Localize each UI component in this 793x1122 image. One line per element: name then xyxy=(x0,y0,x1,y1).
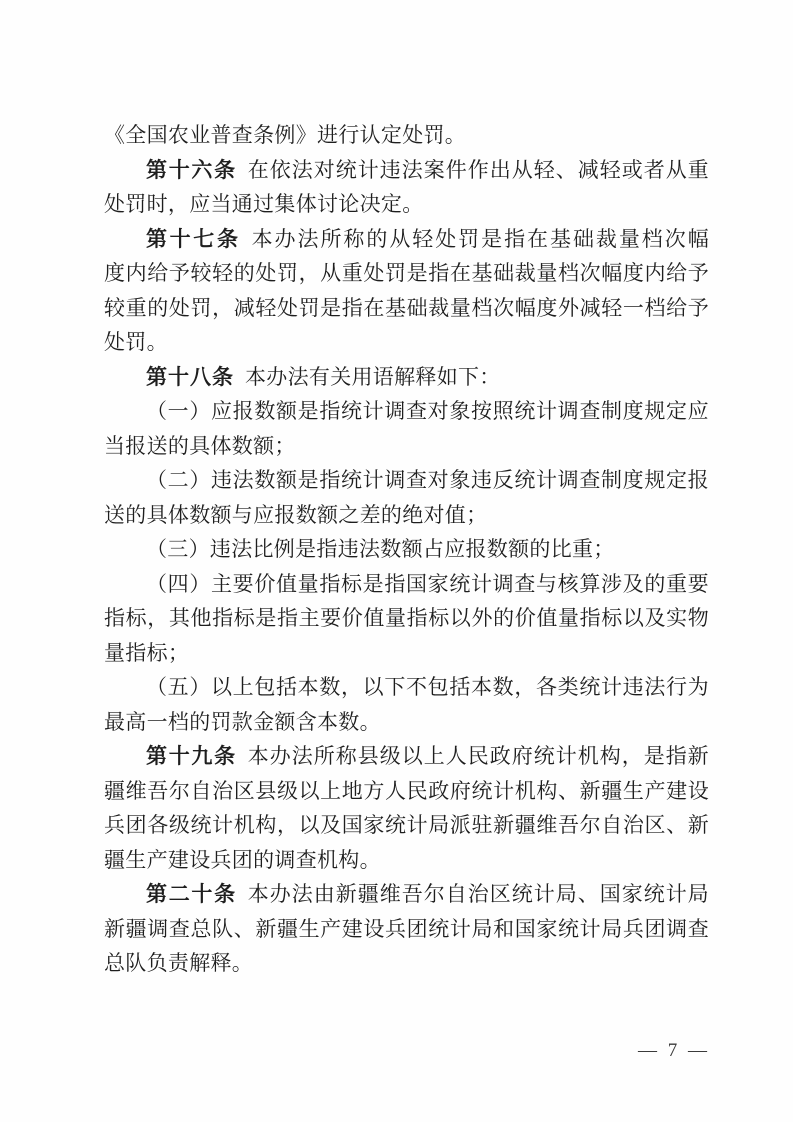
text-line: 量指标； xyxy=(104,636,709,671)
text-line: 第二十条本办法由新疆维吾尔自治区统计局、国家统计局 xyxy=(104,877,709,912)
text-line: 疆维吾尔自治区县级以上地方人民政府统计机构、新疆生产建设 xyxy=(104,774,709,809)
text-line: （四）主要价值量指标是指国家统计调查与核算涉及的重要 xyxy=(104,567,709,602)
text-line: 较重的处罚，减轻处罚是指在基础裁量档次幅度外减轻一档给予 xyxy=(104,291,709,326)
article-text: 在依法对统计违法案件作出从轻、减轻或者从重 xyxy=(248,158,709,182)
document-body: 《全国农业普查条例》进行认定处罚。第十六条在依法对统计违法案件作出从轻、减轻或者… xyxy=(104,118,709,981)
text-line: 指标，其他指标是指主要价值量指标以外的价值量指标以及实物 xyxy=(104,601,709,636)
text-line: （二）违法数额是指统计调查对象违反统计调查制度规定报 xyxy=(104,463,709,498)
text-line: 《全国农业普查条例》进行认定处罚。 xyxy=(104,118,709,153)
text-line: 最高一档的罚款金额含本数。 xyxy=(104,705,709,740)
text-line: （五）以上包括本数，以下不包括本数，各类统计违法行为 xyxy=(104,670,709,705)
text-line: 总队负责解释。 xyxy=(104,946,709,981)
article-number-lead: 第十八条 xyxy=(146,366,234,389)
text-line: 第十九条本办法所称县级以上人民政府统计机构，是指新 xyxy=(104,739,709,774)
text-line: 新疆调查总队、新疆生产建设兵团统计局和国家统计局兵团调查 xyxy=(104,912,709,947)
article-text: 本办法所称的从轻处罚是指在基础裁量档次幅 xyxy=(252,227,709,251)
article-number-lead: 第二十条 xyxy=(146,883,237,906)
text-line: 兵团各级统计机构，以及国家统计局派驻新疆维吾尔自治区、新 xyxy=(104,808,709,843)
article-number-lead: 第十九条 xyxy=(146,745,237,768)
text-line: 第十六条在依法对统计违法案件作出从轻、减轻或者从重 xyxy=(104,153,709,188)
article-text: 本办法有关用语解释如下： xyxy=(245,365,501,389)
article-number-lead: 第十七条 xyxy=(146,228,241,251)
document-page: 《全国农业普查条例》进行认定处罚。第十六条在依法对统计违法案件作出从轻、减轻或者… xyxy=(0,0,793,1122)
text-line: （一）应报数额是指统计调查对象按照统计调查制度规定应 xyxy=(104,394,709,429)
text-line: （三）违法比例是指违法数额占应报数额的比重； xyxy=(104,532,709,567)
text-line: 第十八条本办法有关用语解释如下： xyxy=(104,360,709,395)
article-number-lead: 第十六条 xyxy=(146,159,237,182)
text-line: 第十七条本办法所称的从轻处罚是指在基础裁量档次幅 xyxy=(104,222,709,257)
text-line: 疆生产建设兵团的调查机构。 xyxy=(104,843,709,878)
article-text: 本办法所称县级以上人民政府统计机构，是指新 xyxy=(248,744,709,768)
text-line: 当报送的具体数额； xyxy=(104,429,709,464)
text-line: 度内给予较轻的处罚，从重处罚是指在基础裁量档次幅度内给予 xyxy=(104,256,709,291)
page-number: — 7 — xyxy=(638,1040,710,1062)
text-line: 处罚时，应当通过集体讨论决定。 xyxy=(104,187,709,222)
article-text: 本办法由新疆维吾尔自治区统计局、国家统计局 xyxy=(248,882,709,906)
text-line: 处罚。 xyxy=(104,325,709,360)
text-line: 送的具体数额与应报数额之差的绝对值； xyxy=(104,498,709,533)
